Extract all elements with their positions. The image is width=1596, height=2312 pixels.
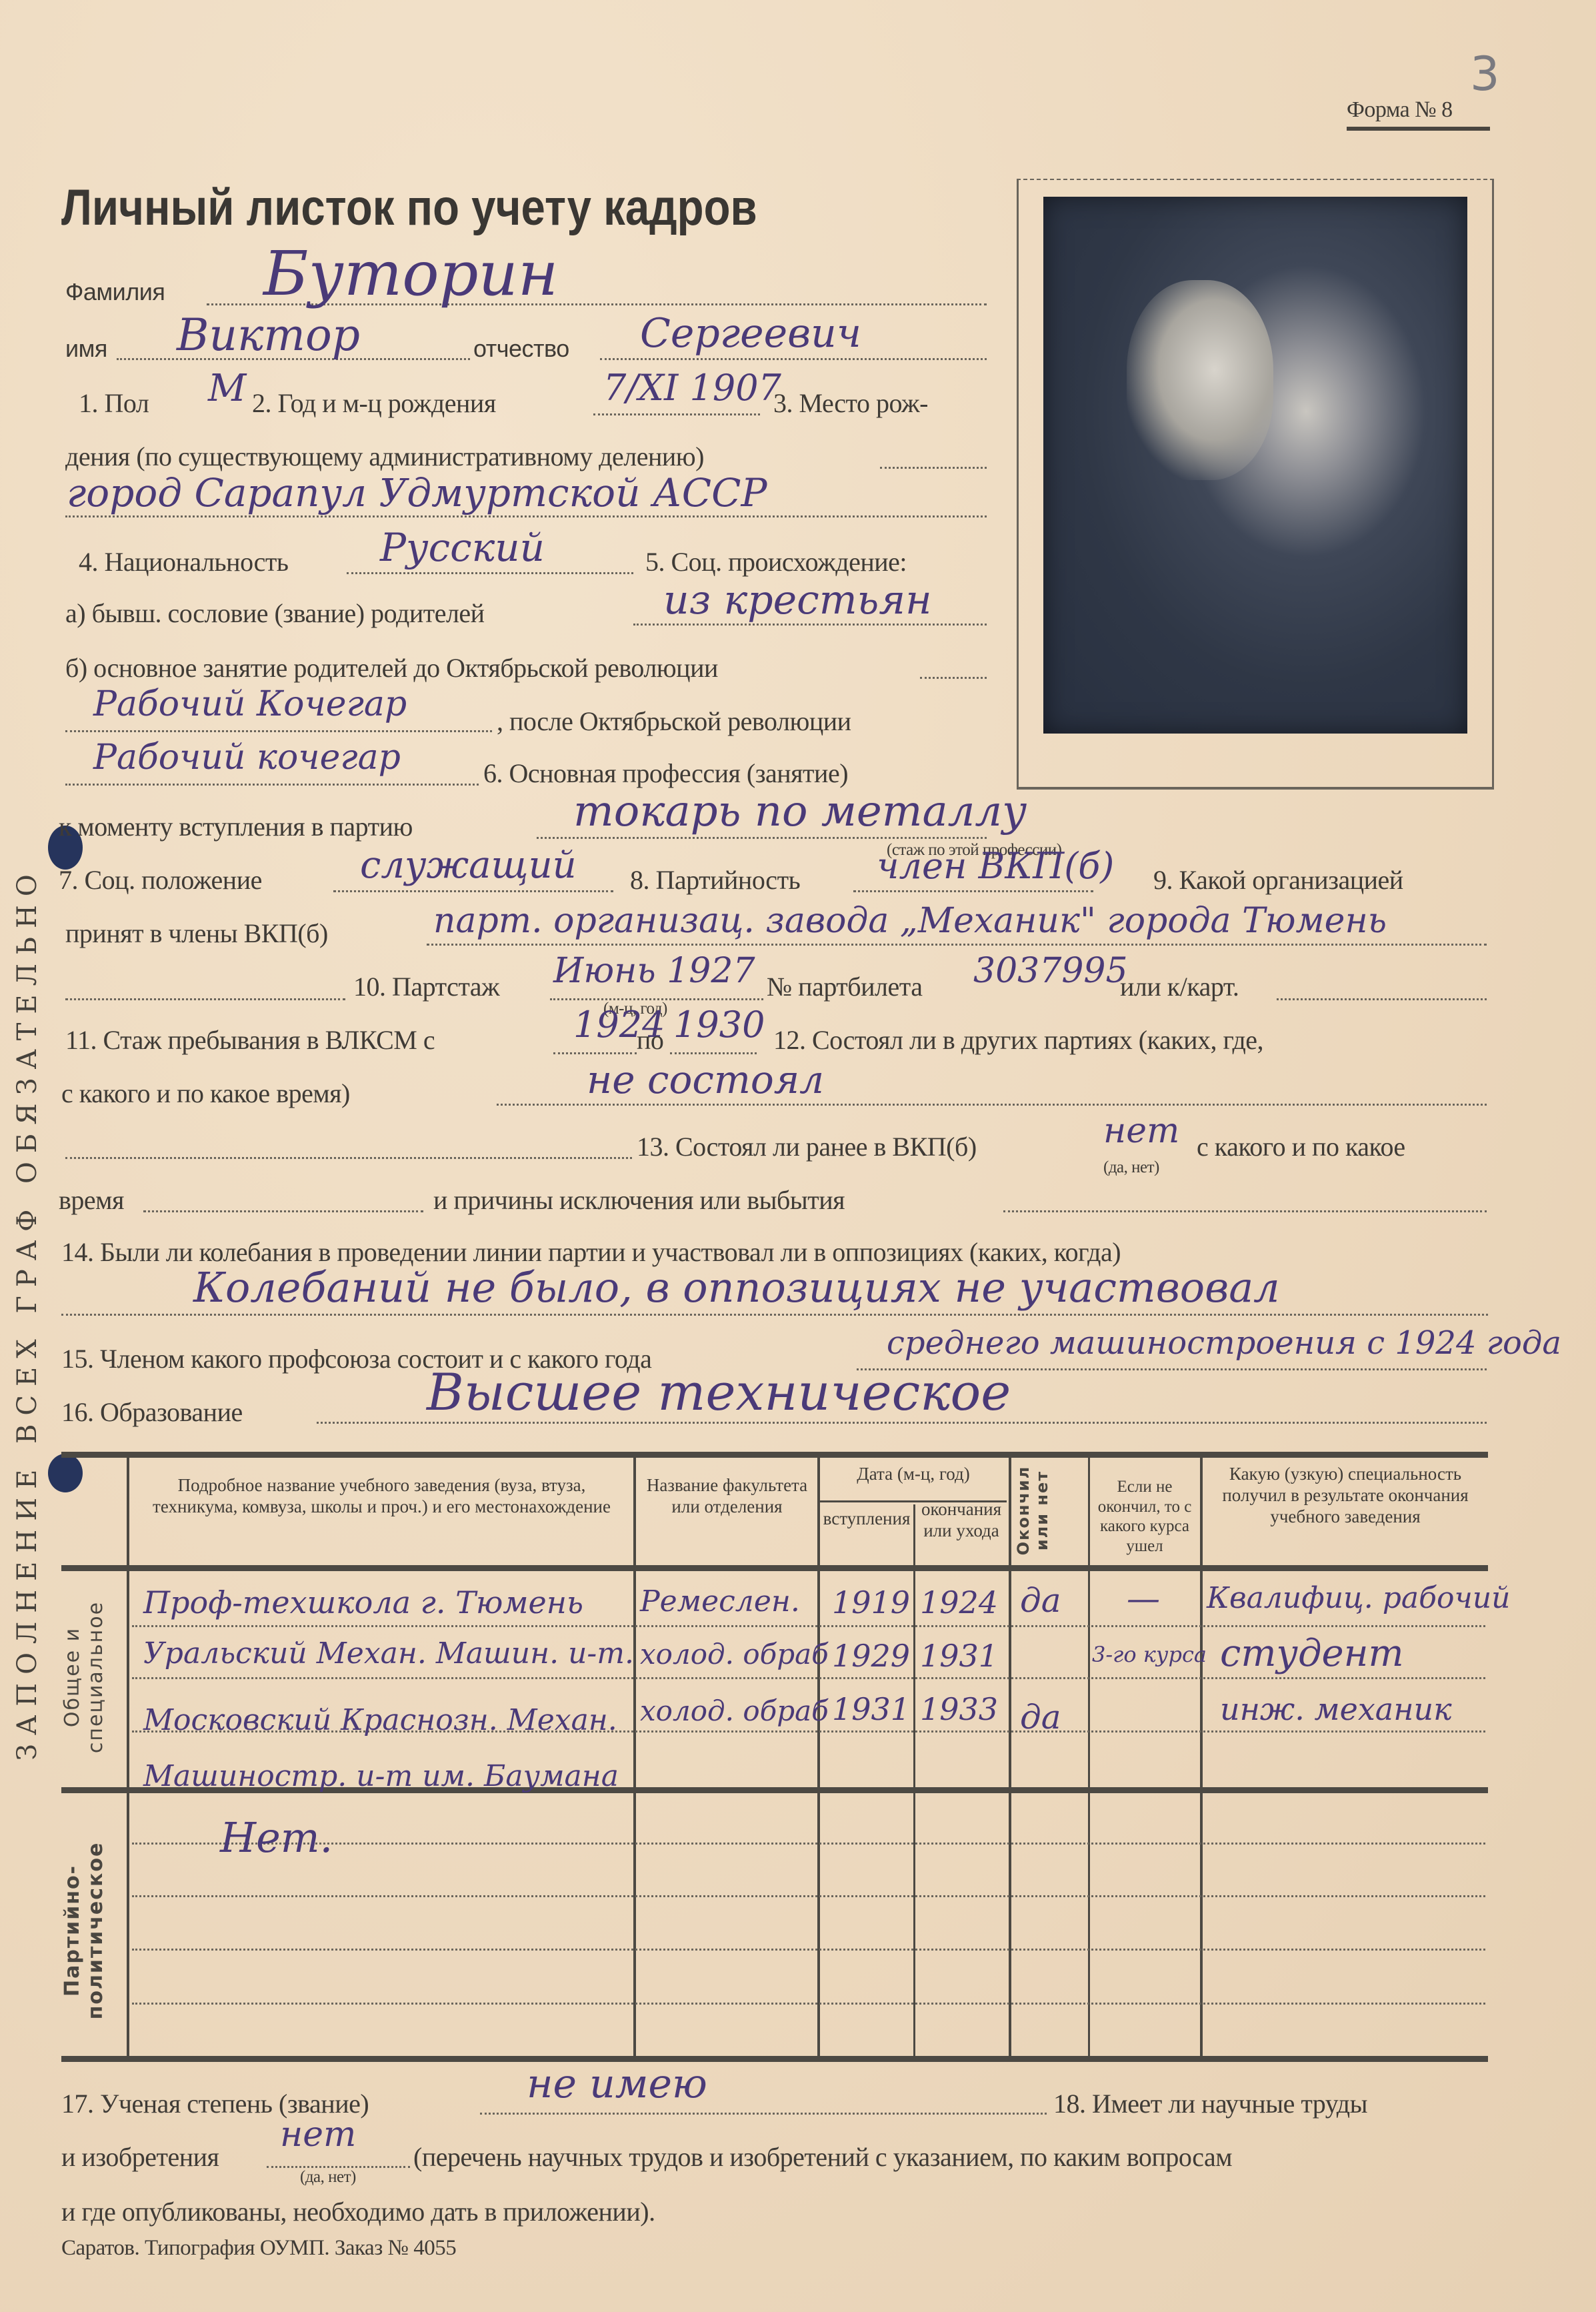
earlier-vkp-field[interactable]: нет	[1103, 1114, 1179, 1148]
patronymic-line	[600, 358, 987, 360]
ink-blot	[48, 1454, 83, 1492]
trade-union-field[interactable]: среднего машиностроения с 1924 года	[887, 1327, 1561, 1359]
row-line	[132, 1677, 1485, 1679]
side-note: ЗАПОЛНЕНИЕ ВСЕХ ГРАФ ОБЯЗАТЕЛЬНО	[12, 866, 43, 1761]
earlier-vkp-label: 13. Состоял ли ранее в ВКП(б)	[637, 1134, 977, 1160]
cell-specialty[interactable]: инж. механик	[1220, 1694, 1452, 1724]
works-hint: (да, нет)	[300, 2169, 356, 2185]
deviations-line	[61, 1314, 1488, 1316]
row-line	[132, 1895, 1485, 1897]
other-parties-field[interactable]: не состоял	[587, 1060, 824, 1099]
deviations-field[interactable]: Колебаний не было, в оппозициях не участ…	[193, 1267, 1280, 1308]
cell-graduated[interactable]: да	[1020, 1584, 1061, 1617]
earlier-vkp-reason-label: и причины исключения или выбытия	[433, 1187, 845, 1214]
header-left: окончания или ухода	[916, 1499, 1007, 1542]
komsomol-label: 11. Стаж пребывания в ВЛКСМ с	[65, 1027, 435, 1054]
works-note-1: (перечень научных трудов и изобретений с…	[413, 2144, 1232, 2171]
row-line	[132, 1843, 1485, 1845]
works-note-2: и где опубликованы, необходимо дать в пр…	[61, 2199, 655, 2225]
form-number: Форма № 8	[1347, 99, 1453, 121]
nationality-line	[347, 572, 633, 574]
cell-institution[interactable]: Уральский Механ. Машин. и-т.	[143, 1639, 634, 1668]
cell-specialty[interactable]: Квалифиц. рабочий	[1207, 1584, 1511, 1613]
komsomol-from-line	[553, 1052, 637, 1054]
table-col-line	[633, 1458, 636, 2056]
earlier-vkp-suffix: с какого и по какое	[1197, 1134, 1405, 1160]
works-label: 18. Имеет ли научные труды	[1053, 2091, 1367, 2117]
party-card-field[interactable]: 3037995	[973, 954, 1128, 988]
other-parties-label: 12. Состоял ли в других партиях (каких, …	[773, 1027, 1263, 1054]
komsomol-to-label: по	[637, 1027, 663, 1054]
deviations-label: 14. Были ли колебания в проведении линии…	[61, 1239, 1121, 1266]
estate-field[interactable]: из крестьян	[663, 580, 932, 620]
cell-faculty[interactable]: холод. обраб	[640, 1697, 829, 1725]
nationality-label: 4. Национальность	[79, 549, 289, 575]
page-number: 3	[1470, 47, 1500, 101]
cell-institution[interactable]: Проф-техшкола г. Тюмень	[143, 1587, 583, 1618]
komsomol-to-line	[670, 1052, 757, 1054]
cell-left[interactable]: 1933	[920, 1694, 998, 1724]
portrait-photo	[1043, 197, 1467, 734]
party-field[interactable]: член ВКП(б)	[877, 848, 1114, 884]
cell-entered[interactable]: 1931	[832, 1694, 910, 1724]
party-card-suffix: или к/карт.	[1120, 974, 1239, 1000]
header-graduated: Окончил или нет	[1015, 1464, 1051, 1557]
header-specialty: Какую (узкую) специальность получил в ре…	[1205, 1464, 1485, 1528]
parents-before-field[interactable]: Рабочий Кочегар	[93, 687, 407, 722]
parents-after-label: , после Октябрьской революции	[497, 708, 851, 735]
name-field[interactable]: Виктор	[177, 313, 360, 357]
section-party: Партийно-политическое	[61, 1821, 107, 2041]
page-title: Личный листок по учету кадров	[61, 179, 757, 237]
profession-line	[537, 837, 987, 839]
social-status-label: 7. Соц. положение	[59, 867, 262, 894]
birth-place-line	[65, 515, 987, 517]
social-status-field[interactable]: служащий	[360, 847, 577, 884]
birth-date-label: 2. Год и м-ц рождения	[252, 390, 496, 417]
row-line	[132, 1949, 1485, 1951]
parents-before-line	[65, 730, 492, 732]
imprint: Саратов. Типография ОУМП. Заказ № 4055	[61, 2237, 456, 2259]
row-line	[132, 2003, 1485, 2005]
earlier-vkp-hint: (да, нет)	[1103, 1159, 1159, 1176]
cell-entered[interactable]: 1929	[832, 1640, 910, 1671]
birth-place-line-a	[880, 467, 987, 469]
parents-before-line-a	[920, 677, 987, 679]
cell-institution[interactable]: Нет.	[220, 1817, 333, 1859]
header-faculty: Название факультета или отделения	[639, 1475, 815, 1518]
works-label-2: и изобретения	[61, 2144, 219, 2171]
earlier-vkp-time-line	[143, 1210, 423, 1212]
table-col-line	[1009, 1458, 1011, 2056]
form-number-underline	[1347, 127, 1490, 131]
komsomol-to-field[interactable]: 1930	[673, 1007, 765, 1043]
sex-field[interactable]: М	[208, 370, 246, 407]
education-label: 16. Образование	[61, 1399, 243, 1426]
header-institution: Подробное название учебного заведения (в…	[133, 1475, 630, 1518]
other-parties-label-2: с какого и по какое время)	[61, 1080, 350, 1107]
cell-specialty[interactable]: студент	[1220, 1635, 1404, 1672]
surname-label: Фамилия	[65, 280, 165, 304]
social-origin-label: 5. Соц. происхождение:	[645, 549, 907, 575]
estate-label: а) бывш. сословие (звание) родителей	[65, 600, 485, 627]
cell-faculty[interactable]: холод. обраб	[640, 1640, 829, 1668]
party-line	[853, 890, 1093, 892]
party-label: 8. Партийность	[630, 867, 800, 894]
header-dates: Дата (м-ц, год)	[820, 1464, 1007, 1485]
estate-line	[633, 624, 987, 626]
birth-date-field[interactable]: 7/XI 1907	[603, 370, 781, 406]
parents-before-label: б) основное занятие родителей до Октябрь…	[65, 655, 718, 682]
portrait-face	[1127, 280, 1273, 480]
parents-after-field[interactable]: Рабочий кочегар	[93, 740, 401, 775]
profession-label-2: к моменту вступления в партию	[59, 814, 413, 840]
table-col-line	[1200, 1458, 1203, 2056]
table-rule	[61, 2056, 1488, 2062]
earlier-vkp-reason-line	[1003, 1210, 1487, 1212]
earlier-vkp-time-label: время	[59, 1187, 124, 1214]
parents-after-line	[65, 784, 479, 786]
sex-label: 1. Пол	[79, 390, 149, 417]
other-parties-line	[497, 1104, 1487, 1106]
patronymic-label: отчество	[473, 337, 569, 361]
cell-graduated[interactable]: да	[1020, 1700, 1061, 1734]
party-card-line	[1277, 998, 1487, 1000]
social-status-line	[333, 890, 613, 892]
party-since-label: 10. Партстаж	[353, 974, 499, 1000]
degree-label: 17. Ученая степень (звание)	[61, 2091, 369, 2117]
party-since-field[interactable]: Июнь 1927	[553, 954, 755, 988]
education-field[interactable]: Высшее техническое	[427, 1367, 1011, 1418]
table-rule	[61, 1452, 1488, 1458]
table-col-line	[913, 1504, 915, 2056]
birth-place-field[interactable]: город Сарапул Удмуртской АССР	[67, 473, 767, 512]
birth-date-line	[593, 413, 760, 415]
education-line	[317, 1422, 1487, 1424]
party-since-line-a	[65, 998, 345, 1000]
table-col-line	[817, 1458, 820, 2056]
birth-place-label: 3. Место рож-	[773, 390, 928, 417]
section-general: Общее и специальное	[61, 1580, 107, 1774]
patronymic-field[interactable]: Сергеевич	[640, 313, 861, 353]
degree-line	[480, 2113, 1047, 2115]
cell-course-left[interactable]: 3-го курса	[1092, 1644, 1207, 1665]
works-field[interactable]: нет	[280, 2117, 356, 2152]
organization-field[interactable]: парт. организац. завода „Механик" города…	[433, 904, 1387, 938]
organization-label-2: принят в члены ВКП(б)	[65, 920, 328, 947]
header-course-left: Если не окончил, то с какого курса ушел	[1091, 1477, 1199, 1556]
degree-field[interactable]: не имею	[527, 2064, 707, 2104]
surname-field[interactable]: Буторин	[263, 243, 558, 305]
cell-faculty[interactable]: Ремеслен.	[640, 1587, 800, 1616]
cell-institution[interactable]: Московский Краснозн. Механ. Машиностр. и…	[143, 1692, 630, 1804]
table-col-line	[127, 1458, 129, 2056]
organization-line	[427, 944, 1487, 946]
table-rule	[61, 1565, 1488, 1571]
organization-label: 9. Какой организацией	[1153, 867, 1403, 894]
cell-course-left[interactable]: —	[1127, 1582, 1160, 1615]
header-entered: вступления	[820, 1508, 913, 1530]
birth-place-label-2: дения (по существующему административном…	[65, 443, 704, 470]
earlier-vkp-line-a	[65, 1157, 632, 1159]
row-line	[132, 1625, 1485, 1627]
profession-label: 6. Основная профессия (занятие)	[483, 760, 848, 787]
cell-entered[interactable]: 1919	[832, 1587, 910, 1618]
table-col-line	[1088, 1458, 1090, 2056]
profession-field[interactable]: токарь по металлу	[573, 790, 1027, 833]
party-card-label: № партбилета	[767, 974, 922, 1000]
cell-left[interactable]: 1924	[920, 1587, 998, 1618]
cell-left[interactable]: 1931	[920, 1640, 998, 1671]
nationality-field[interactable]: Русский	[380, 528, 545, 567]
name-label: имя	[65, 337, 107, 361]
